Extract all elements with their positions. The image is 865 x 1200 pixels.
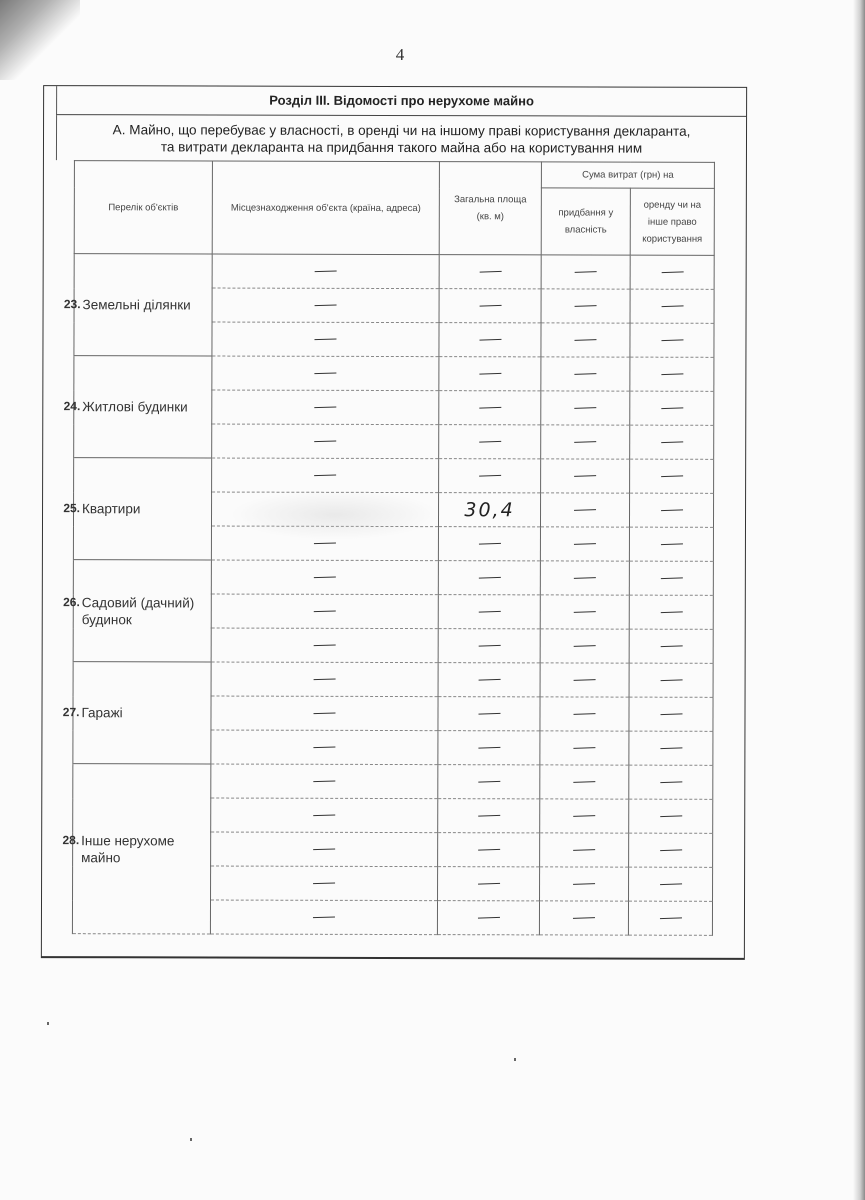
handwritten-dash xyxy=(314,372,336,374)
scan-edge-shadow xyxy=(0,0,80,80)
category-label: Житлові будинки xyxy=(82,399,187,414)
location-cell xyxy=(211,628,438,663)
handwritten-dash xyxy=(574,611,596,613)
location-cell xyxy=(211,764,438,799)
header-location: Місцезнаходження об'єкта (країна, адреса… xyxy=(212,161,439,255)
location-cell xyxy=(212,424,439,459)
rent-cell xyxy=(630,425,714,459)
category-number: 27. xyxy=(49,704,79,721)
handwritten-dash xyxy=(573,849,595,851)
handwritten-dash xyxy=(479,271,501,273)
category-label-wrap: 27.Гаражі xyxy=(81,704,210,721)
handwritten-dash xyxy=(574,475,596,477)
category-number: 28. xyxy=(49,832,79,849)
purchase-cell xyxy=(540,799,629,833)
location-cell xyxy=(211,866,438,901)
rent-cell xyxy=(628,901,712,935)
header-area: Загальна площа (кв. м) xyxy=(439,162,541,255)
handwritten-dash xyxy=(314,644,336,646)
subtitle-line-1: А. Майно, що перебуває у власності, в ор… xyxy=(57,121,746,140)
purchase-cell xyxy=(540,867,629,901)
rent-cell xyxy=(629,799,713,833)
location-cell xyxy=(212,458,439,493)
handwritten-dash xyxy=(661,373,683,375)
header-purchase: придбання у власність xyxy=(541,188,630,255)
table-body: 23.Земельні ділянки24.Житлові будинки25.… xyxy=(72,254,714,936)
rent-cell xyxy=(630,357,714,391)
category-label-wrap: 25.Квартири xyxy=(82,500,211,517)
handwritten-dash xyxy=(659,917,681,919)
handwritten-dash xyxy=(574,339,596,341)
purchase-cell xyxy=(540,765,629,799)
handwritten-dash xyxy=(574,407,596,409)
area-cell xyxy=(438,833,540,867)
rent-cell xyxy=(630,391,714,425)
header-rent: оренду чи на інше право користування xyxy=(630,188,714,255)
handwritten-dash xyxy=(661,339,683,341)
handwritten-dash xyxy=(479,305,501,307)
category-label-wrap: 23.Земельні ділянки xyxy=(83,296,212,313)
handwritten-dash xyxy=(661,475,683,477)
handwritten-dash xyxy=(573,747,595,749)
handwritten-dash xyxy=(661,271,683,273)
handwritten-dash xyxy=(314,406,336,408)
handwritten-dash xyxy=(574,645,596,647)
category-label: Земельні ділянки xyxy=(83,297,191,312)
table-row: 26.Садовий (дачний) будинок xyxy=(73,560,713,596)
handwritten-dash xyxy=(660,815,682,817)
handwritten-dash xyxy=(479,339,501,341)
handwritten-dash xyxy=(660,611,682,613)
handwritten-dash xyxy=(661,407,683,409)
handwritten-dash xyxy=(479,373,501,375)
table-row: 28.Інше нерухоме майно xyxy=(73,764,713,800)
real-estate-table: Перелік об'єктів Місцезнаходження об'єкт… xyxy=(72,160,715,936)
handwritten-dash xyxy=(313,746,335,748)
rent-cell xyxy=(629,595,713,629)
handwritten-dash xyxy=(575,271,597,273)
rent-cell xyxy=(630,289,714,323)
handwritten-dash xyxy=(574,543,596,545)
handwritten-dash xyxy=(478,849,500,851)
category-number: 23. xyxy=(51,296,81,313)
purchase-cell xyxy=(541,357,630,391)
scan-speck xyxy=(190,1138,192,1141)
rent-cell xyxy=(629,561,713,595)
category-label-wrap: 26.Садовий (дачний) будинок xyxy=(82,594,211,628)
scan-speck xyxy=(47,1022,49,1025)
handwritten-dash xyxy=(660,781,682,783)
handwritten-dash xyxy=(660,883,682,885)
category-cell: 26.Садовий (дачний) будинок xyxy=(73,560,211,662)
rent-cell xyxy=(629,629,713,663)
purchase-cell xyxy=(540,697,629,731)
rent-cell xyxy=(629,765,713,799)
category-label: Садовий (дачний) будинок xyxy=(82,595,195,627)
table-row: 23.Земельні ділянки xyxy=(74,254,714,290)
header-objects: Перелік об'єктів xyxy=(74,161,212,254)
area-cell xyxy=(439,459,541,493)
category-number: 25. xyxy=(50,500,80,517)
rent-cell xyxy=(629,833,713,867)
purchase-cell xyxy=(540,833,629,867)
handwritten-dash xyxy=(574,679,596,681)
handwritten-dash xyxy=(661,441,683,443)
handwritten-dash xyxy=(313,882,335,884)
handwritten-dash xyxy=(478,747,500,749)
category-label: Квартири xyxy=(82,501,140,516)
category-cell: 25.Квартири xyxy=(73,458,211,560)
location-cell xyxy=(210,900,437,935)
rent-cell xyxy=(629,731,713,765)
category-cell: 24.Житлові будинки xyxy=(74,356,212,458)
category-cell: 27.Гаражі xyxy=(73,662,211,764)
location-cell xyxy=(211,696,438,731)
handwritten-dash xyxy=(573,883,595,885)
handwritten-dash xyxy=(575,305,597,307)
purchase-cell xyxy=(540,595,629,629)
purchase-cell xyxy=(540,629,629,663)
purchase-cell xyxy=(541,391,630,425)
area-cell xyxy=(438,799,540,833)
handwritten-dash xyxy=(314,338,336,340)
handwritten-dash xyxy=(314,576,336,578)
scan-edge-shadow-right xyxy=(853,0,865,1200)
rent-cell xyxy=(629,493,713,527)
handwritten-area-value: 30,4 xyxy=(464,499,514,521)
handwritten-dash xyxy=(660,543,682,545)
handwritten-dash xyxy=(315,304,337,306)
handwritten-dash xyxy=(478,679,500,681)
table-row: 27.Гаражі xyxy=(73,662,713,698)
category-number: 24. xyxy=(50,398,80,415)
area-cell xyxy=(437,901,539,935)
area-cell xyxy=(438,731,540,765)
category-label: Гаражі xyxy=(81,705,122,720)
handwritten-dash xyxy=(479,475,501,477)
location-cell xyxy=(211,594,438,629)
area-cell xyxy=(438,561,540,595)
location-cell xyxy=(212,288,439,323)
subtitle-line-2: та витрати декларанта на придбання таког… xyxy=(57,138,746,157)
handwritten-dash xyxy=(478,543,500,545)
purchase-cell xyxy=(540,527,629,561)
purchase-cell xyxy=(541,425,630,459)
location-cell xyxy=(211,662,438,697)
area-cell xyxy=(438,663,540,697)
handwritten-dash xyxy=(660,577,682,579)
area-cell xyxy=(439,391,541,425)
handwritten-dash xyxy=(479,407,501,409)
handwritten-dash xyxy=(478,781,500,783)
handwritten-dash xyxy=(478,713,500,715)
category-number: 26. xyxy=(50,594,80,611)
rent-cell xyxy=(629,527,713,561)
purchase-cell xyxy=(540,493,629,527)
handwritten-dash xyxy=(574,577,596,579)
purchase-cell xyxy=(541,323,630,357)
area-cell xyxy=(438,629,540,663)
handwritten-dash xyxy=(574,441,596,443)
table-row: 24.Житлові будинки xyxy=(74,356,714,392)
scan-speck xyxy=(514,1058,516,1061)
category-label-wrap: 24.Житлові будинки xyxy=(82,398,211,415)
page-number: 4 xyxy=(0,45,800,65)
area-cell xyxy=(439,357,541,391)
handwritten-dash xyxy=(574,509,596,511)
rent-cell xyxy=(629,867,713,901)
handwritten-dash xyxy=(315,270,337,272)
handwritten-dash xyxy=(573,713,595,715)
rent-cell xyxy=(630,255,714,289)
area-cell xyxy=(438,595,540,629)
location-cell xyxy=(212,356,439,391)
handwritten-dash xyxy=(660,679,682,681)
location-cell xyxy=(212,322,439,357)
handwritten-dash xyxy=(478,883,500,885)
location-cell xyxy=(211,730,438,765)
handwritten-dash xyxy=(314,610,336,612)
location-cell xyxy=(212,390,439,425)
handwritten-dash xyxy=(313,814,335,816)
handwritten-dash xyxy=(573,781,595,783)
handwritten-dash xyxy=(314,678,336,680)
area-cell xyxy=(438,765,540,799)
area-cell xyxy=(439,255,541,289)
handwritten-dash xyxy=(314,440,336,442)
category-cell: 28.Інше нерухоме майно xyxy=(72,764,210,934)
handwritten-dash xyxy=(660,645,682,647)
handwritten-dash xyxy=(478,611,500,613)
purchase-cell xyxy=(539,901,628,935)
category-label: Інше нерухоме майно xyxy=(81,833,174,865)
handwritten-dash xyxy=(477,917,499,919)
area-cell xyxy=(438,527,540,561)
rent-cell xyxy=(629,697,713,731)
area-cell xyxy=(438,867,540,901)
handwritten-dash xyxy=(573,815,595,817)
redaction-smudge xyxy=(230,490,440,540)
purchase-cell xyxy=(540,561,629,595)
area-cell xyxy=(439,289,541,323)
table-row: 25.Квартири xyxy=(74,458,714,494)
handwritten-dash xyxy=(574,373,596,375)
purchase-cell xyxy=(540,663,629,697)
category-label-wrap: 28.Інше нерухоме майно xyxy=(81,832,210,866)
header-expenses-group: Сума витрат (грн) на xyxy=(541,162,714,188)
rent-cell xyxy=(630,459,714,493)
section-title: Розділ ІІІ. Відомості про нерухоме майно xyxy=(56,86,746,117)
area-cell: 30,4 xyxy=(438,493,540,527)
purchase-cell xyxy=(541,289,630,323)
rent-cell xyxy=(629,663,713,697)
handwritten-dash xyxy=(313,916,335,918)
purchase-cell xyxy=(541,255,630,289)
handwritten-dash xyxy=(479,441,501,443)
handwritten-dash xyxy=(660,713,682,715)
category-cell: 23.Земельні ділянки xyxy=(74,254,212,356)
handwritten-dash xyxy=(478,645,500,647)
handwritten-dash xyxy=(314,542,336,544)
location-cell xyxy=(211,798,438,833)
handwritten-dash xyxy=(661,509,683,511)
handwritten-dash xyxy=(660,849,682,851)
handwritten-dash xyxy=(313,848,335,850)
handwritten-dash xyxy=(573,917,595,919)
area-cell xyxy=(438,697,540,731)
section-subtitle: А. Майно, що перебуває у власності, в ор… xyxy=(56,115,746,162)
location-cell xyxy=(211,832,438,867)
area-cell xyxy=(439,425,541,459)
handwritten-dash xyxy=(313,712,335,714)
location-cell xyxy=(212,254,439,289)
rent-cell xyxy=(630,323,714,357)
handwritten-dash xyxy=(660,747,682,749)
purchase-cell xyxy=(540,731,629,765)
handwritten-dash xyxy=(661,305,683,307)
area-cell xyxy=(439,323,541,357)
handwritten-dash xyxy=(478,577,500,579)
purchase-cell xyxy=(541,459,630,493)
location-cell xyxy=(211,560,438,595)
handwritten-dash xyxy=(478,815,500,817)
handwritten-dash xyxy=(313,780,335,782)
handwritten-dash xyxy=(314,474,336,476)
